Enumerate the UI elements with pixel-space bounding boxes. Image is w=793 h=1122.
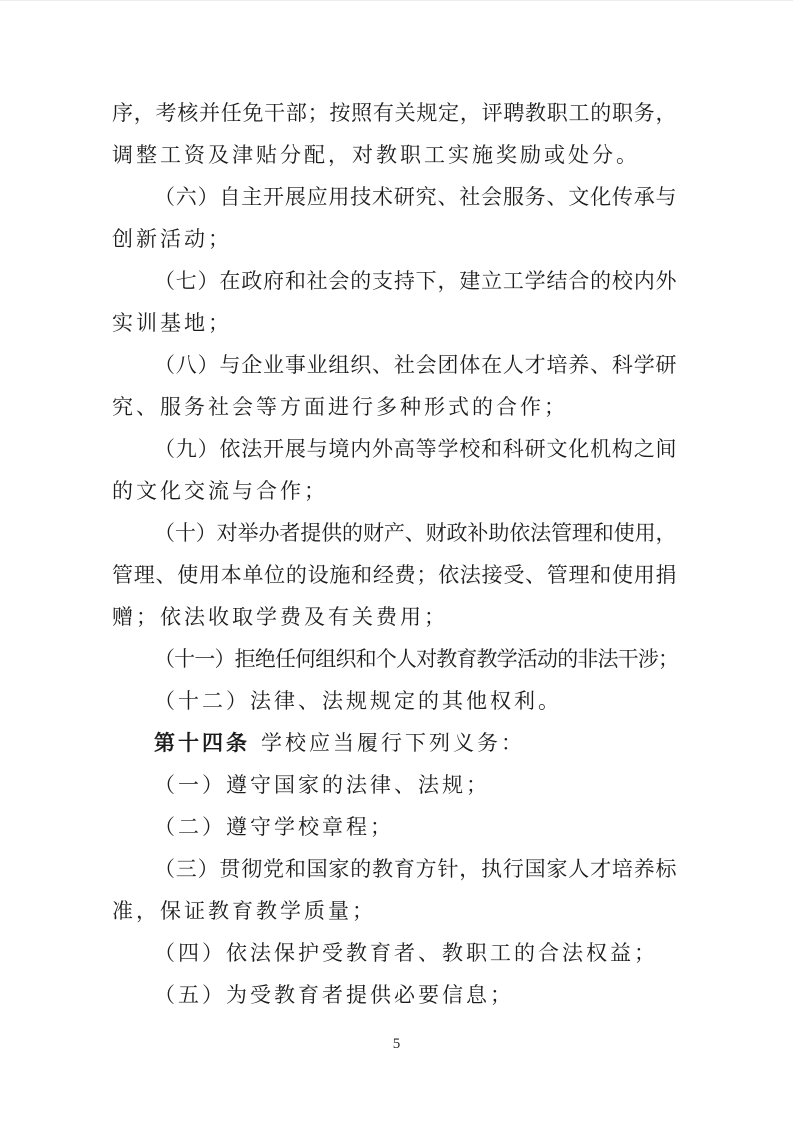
text-line: 序，考核并任免干部；按照有关规定，评聘教职工的职务，	[112, 92, 676, 134]
text-line: 究、服务社会等方面进行多种形式的合作；	[112, 386, 676, 428]
article-heading-line: 第十四条学校应当履行下列义务：	[112, 722, 676, 764]
article-number: 第十四条	[154, 731, 250, 755]
document-body: 序，考核并任免干部；按照有关规定，评聘教职工的职务， 调整工资及津贴分配，对教职…	[112, 92, 676, 1016]
text-line: （七）在政府和社会的支持下，建立工学结合的校内外	[112, 260, 676, 302]
text-line: （四）依法保护受教育者、教职工的合法权益；	[112, 932, 676, 974]
article-heading-text: 学校应当履行下列义务：	[261, 731, 525, 755]
text-line: （十二）法律、法规规定的其他权利。	[112, 680, 676, 722]
text-line: 管理、使用本单位的设施和经费；依法接受、管理和使用捐	[112, 554, 676, 596]
document-page: 序，考核并任免干部；按照有关规定，评聘教职工的职务， 调整工资及津贴分配，对教职…	[0, 0, 793, 1122]
text-line: （一）遵守国家的法律、法规；	[112, 764, 676, 806]
text-line: （九）依法开展与境内外高等学校和科研文化机构之间	[112, 428, 676, 470]
text-line: （三）贯彻党和国家的教育方针，执行国家人才培养标	[112, 848, 676, 890]
text-line: （五）为受教育者提供必要信息；	[112, 974, 676, 1016]
text-line: （十一）拒绝任何组织和个人对教育教学活动的非法干涉；	[112, 638, 676, 680]
text-line: 实训基地；	[112, 302, 676, 344]
text-line: 准，保证教育教学质量；	[112, 890, 676, 932]
text-line: 赠；依法收取学费及有关费用；	[112, 596, 676, 638]
page-number: 5	[0, 1036, 793, 1053]
text-line: 创新活动；	[112, 218, 676, 260]
scan-artifact	[0, 0, 793, 1]
text-line: （二）遵守学校章程；	[112, 806, 676, 848]
text-line: 调整工资及津贴分配，对教职工实施奖励或处分。	[112, 134, 676, 176]
text-line: 的文化交流与合作；	[112, 470, 676, 512]
text-line: （六）自主开展应用技术研究、社会服务、文化传承与	[112, 176, 676, 218]
text-line: （十）对举办者提供的财产、财政补助依法管理和使用，	[112, 512, 676, 554]
text-line: （八）与企业事业组织、社会团体在人才培养、科学研	[112, 344, 676, 386]
